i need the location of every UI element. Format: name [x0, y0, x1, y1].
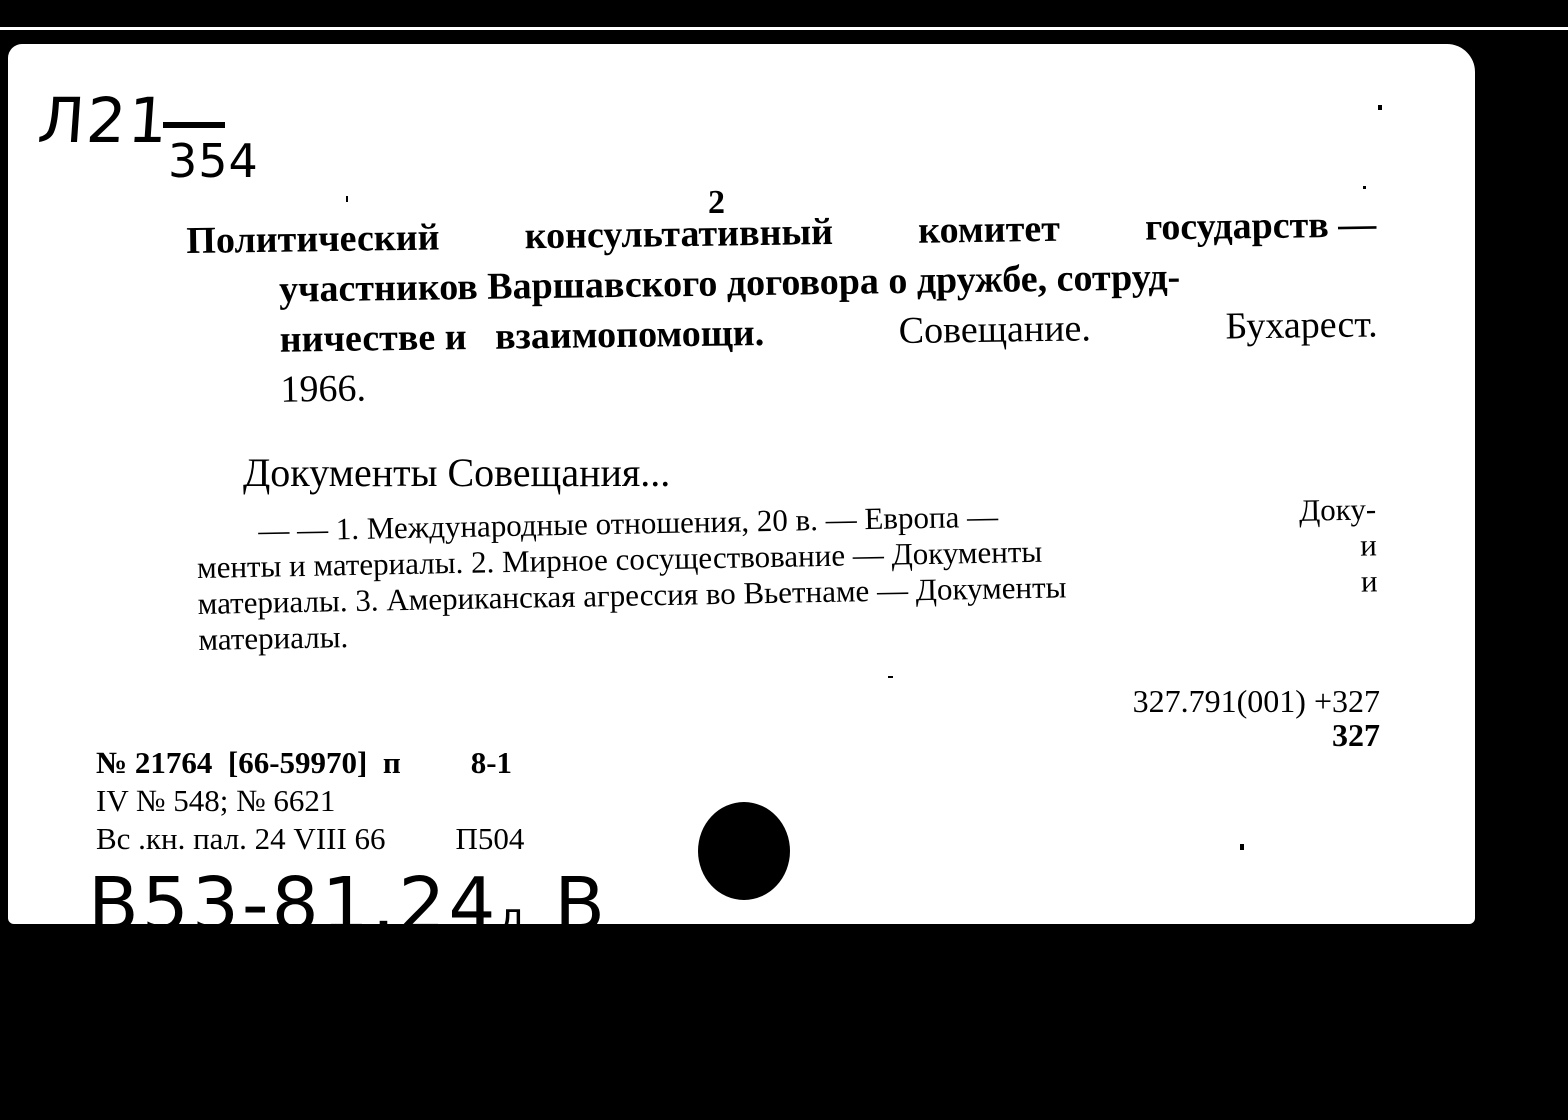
scan-edge-line	[0, 27, 1568, 30]
imprint-block: № 21764 [66-59970] п 8-1 IV № 548; № 662…	[96, 744, 524, 858]
speck	[1363, 186, 1366, 189]
subject-headings: — — 1. Международные отношения, 20 в. — …	[196, 491, 1379, 658]
subject-text: материалы.	[198, 619, 349, 658]
speck	[888, 676, 893, 678]
shelf-mark-divider	[163, 122, 225, 128]
heading-meeting: Совещание.	[898, 303, 1091, 356]
heading-word: консультативный	[524, 207, 833, 261]
heading-place: Бухарест.	[1225, 299, 1378, 351]
call-number-main: B53-81.24	[88, 862, 498, 948]
heading-entry: Политический консультативный комитет гос…	[186, 199, 1379, 416]
title: Документы Совещания...	[243, 449, 670, 496]
record-code: 8-1	[471, 744, 512, 782]
catalog-card: Л21 354 2 Политический консультативный к…	[8, 44, 1475, 924]
record-number: № 21764 [66-59970] п	[96, 744, 401, 782]
heading-word: Политический	[186, 212, 440, 266]
chronicle-number: IV № 548; № 6621	[96, 782, 335, 820]
speck	[1240, 844, 1244, 850]
udc-line-1: 327.791(001) +327	[1090, 684, 1380, 718]
heading-word: государств —	[1145, 199, 1377, 252]
call-number-suffix: B	[554, 862, 608, 948]
shelf-mark-bottom: 354	[168, 134, 259, 188]
subject-text: и	[1360, 527, 1377, 563]
chamber-date: Вс .кн. пал. 24 VIII 66	[96, 820, 386, 858]
call-number-sub: д	[498, 895, 527, 939]
heading-word: комитет	[918, 204, 1060, 256]
order-code: П504	[456, 820, 525, 858]
subject-text: Доку-	[1299, 491, 1377, 528]
speck	[1378, 105, 1382, 110]
imprint-row-3: Вс .кн. пал. 24 VIII 66 П504	[96, 820, 524, 858]
shelf-mark-top: Л21	[35, 84, 172, 157]
udc-line-2: 327	[1090, 718, 1380, 752]
subject-text: и	[1361, 563, 1378, 599]
handwritten-call-number: B53-81.24д B	[88, 862, 608, 948]
imprint-row-2: IV № 548; № 6621	[96, 782, 524, 820]
speck	[346, 196, 348, 202]
classification-index: 327.791(001) +327 327	[1090, 684, 1380, 752]
heading-line-3-bold: ничестве и взаимопомощи.	[279, 308, 764, 365]
imprint-row-1: № 21764 [66-59970] п 8-1	[96, 744, 524, 782]
punch-hole	[698, 802, 790, 900]
